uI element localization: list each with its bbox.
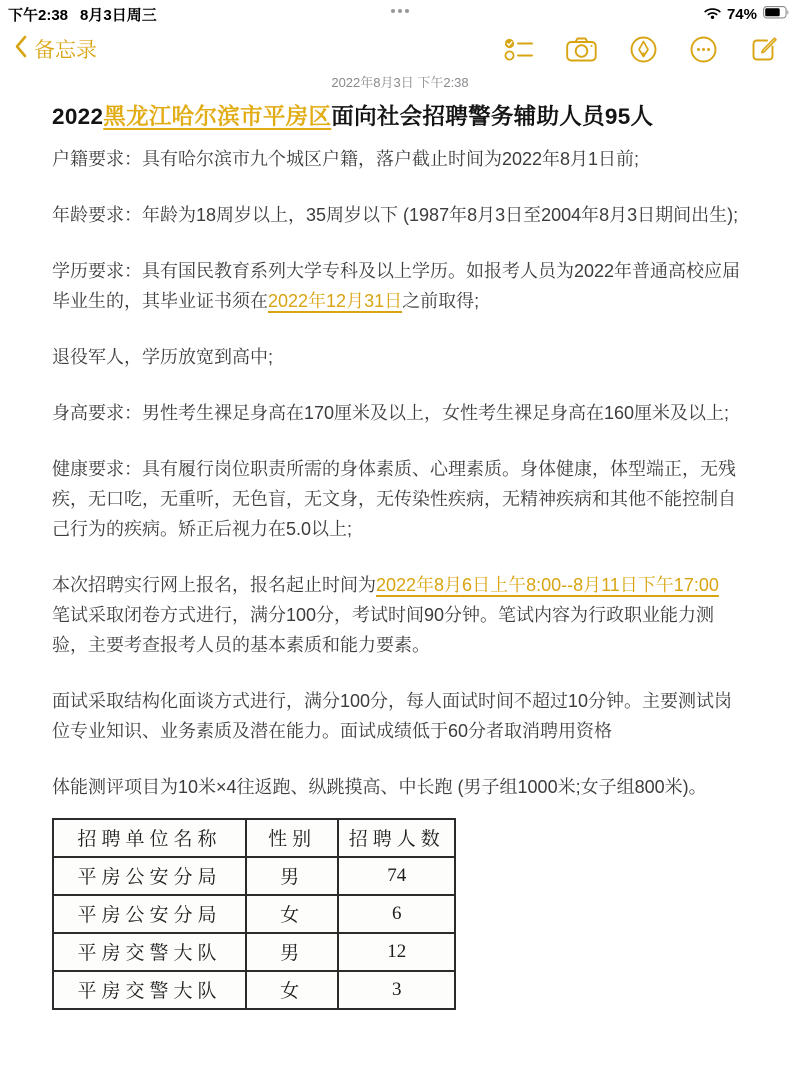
- title-link[interactable]: 黑龙江哈尔滨市平房区: [103, 104, 331, 129]
- cell-count: 3: [338, 971, 455, 1009]
- cell-unit: 平房公安分局: [53, 857, 246, 895]
- checklist-icon[interactable]: [504, 37, 533, 62]
- status-date: 8月3日周三: [80, 4, 157, 25]
- recruitment-table-image[interactable]: 招聘单位名称 性别 招聘人数 平房公安分局 男 74 平房公安分局 女 6 平房…: [52, 818, 456, 1010]
- back-button[interactable]: 备忘录: [14, 34, 97, 64]
- paragraph-apply: 本次招聘实行网上报名，报名起止时间为2022年8月6日上午8:00--8月11日…: [52, 570, 748, 600]
- edu-deadline-link[interactable]: 2022年12月31日: [268, 291, 402, 311]
- title-text-pre: 2022: [52, 104, 103, 129]
- cell-unit: 平房公安分局: [53, 895, 246, 933]
- recruitment-table: 招聘单位名称 性别 招聘人数 平房公安分局 男 74 平房公安分局 女 6 平房…: [52, 818, 456, 1010]
- table-row: 平房交警大队 女 3: [53, 971, 455, 1009]
- cell-unit: 平房交警大队: [53, 971, 246, 1009]
- apply-separator: --: [561, 575, 573, 595]
- back-button-label: 备忘录: [34, 34, 97, 64]
- note-timestamp: 2022年8月3日 下午2:38: [52, 72, 748, 91]
- cell-unit: 平房交警大队: [53, 933, 246, 971]
- paragraph-edu: 学历要求：具有国民教育系列大学专科及以上学历。如报考人员为2022年普通高校应届…: [52, 256, 748, 316]
- paragraph-height: 身高要求：男性考生裸足身高在170厘米及以上，女性考生裸足身高在160厘米及以上…: [52, 398, 748, 428]
- paragraph-hukou: 户籍要求：具有哈尔滨市九个城区户籍，落户截止时间为2022年8月1日前;: [52, 144, 748, 174]
- header-count: 招聘人数: [338, 819, 455, 857]
- paragraph-age: 年龄要求：年龄为18周岁以上，35周岁以下 (1987年8月3日至2004年8月…: [52, 200, 748, 230]
- paragraph-written-test: 笔试采取闭卷方式进行，满分100分，考试时间90分钟。笔试内容为行政职业能力测验…: [52, 600, 748, 660]
- apply-start-link[interactable]: 2022年8月6日上午8:00: [376, 575, 561, 595]
- apply-text-pre: 本次招聘实行网上报名，报名起止时间为: [52, 575, 376, 595]
- status-right: 74%: [704, 6, 790, 23]
- cell-gender: 女: [246, 971, 338, 1009]
- camera-icon[interactable]: [566, 36, 597, 62]
- cell-count: 12: [338, 933, 455, 971]
- apply-end-link[interactable]: 8月11日下午17:00: [573, 575, 719, 595]
- chevron-left-icon: [14, 35, 27, 64]
- paragraph-veteran: 退役军人，学历放宽到高中;: [52, 342, 748, 372]
- toolbar: [504, 35, 778, 63]
- note-editor[interactable]: 2022年8月3日 下午2:38 2022黑龙江哈尔滨市平房区面向社会招聘警务辅…: [0, 72, 800, 1010]
- ellipsis-icon[interactable]: [690, 36, 717, 63]
- compose-icon[interactable]: [750, 35, 778, 63]
- battery-percent: 74%: [727, 6, 757, 23]
- cell-count: 74: [338, 857, 455, 895]
- paragraph-interview: 面试采取结构化面谈方式进行，满分100分，每人面试时间不超过10分钟。主要测试岗…: [52, 686, 748, 746]
- header-gender: 性别: [246, 819, 338, 857]
- wifi-icon: [704, 6, 721, 23]
- header-unit: 招聘单位名称: [53, 819, 246, 857]
- table-header-row: 招聘单位名称 性别 招聘人数: [53, 819, 455, 857]
- cell-gender: 男: [246, 857, 338, 895]
- edu-text-post: 之前取得;: [402, 291, 479, 311]
- title-text-post: 面向社会招聘警务辅助人员95人: [331, 104, 653, 129]
- cell-gender: 男: [246, 933, 338, 971]
- navbar: 备忘录: [0, 24, 800, 68]
- status-time: 下午2:38: [8, 4, 68, 25]
- status-left: 下午2:38 8月3日周三: [8, 4, 157, 25]
- status-bar: 下午2:38 8月3日周三 74%: [0, 0, 800, 24]
- markup-icon[interactable]: [630, 36, 657, 63]
- cell-count: 6: [338, 895, 455, 933]
- table-row: 平房公安分局 女 6: [53, 895, 455, 933]
- multitask-dots[interactable]: [391, 9, 409, 13]
- table-row: 平房公安分局 男 74: [53, 857, 455, 895]
- paragraph-health: 健康要求：具有履行岗位职责所需的身体素质、心理素质。身体健康，体型端正，无残疾，…: [52, 454, 748, 544]
- note-title: 2022黑龙江哈尔滨市平房区面向社会招聘警务辅助人员95人: [52, 101, 748, 134]
- table-row: 平房交警大队 男 12: [53, 933, 455, 971]
- cell-gender: 女: [246, 895, 338, 933]
- battery-icon: [763, 6, 790, 23]
- paragraph-physical-test: 体能测评项目为10米×4往返跑、纵跳摸高、中长跑 (男子组1000米;女子组80…: [52, 772, 748, 802]
